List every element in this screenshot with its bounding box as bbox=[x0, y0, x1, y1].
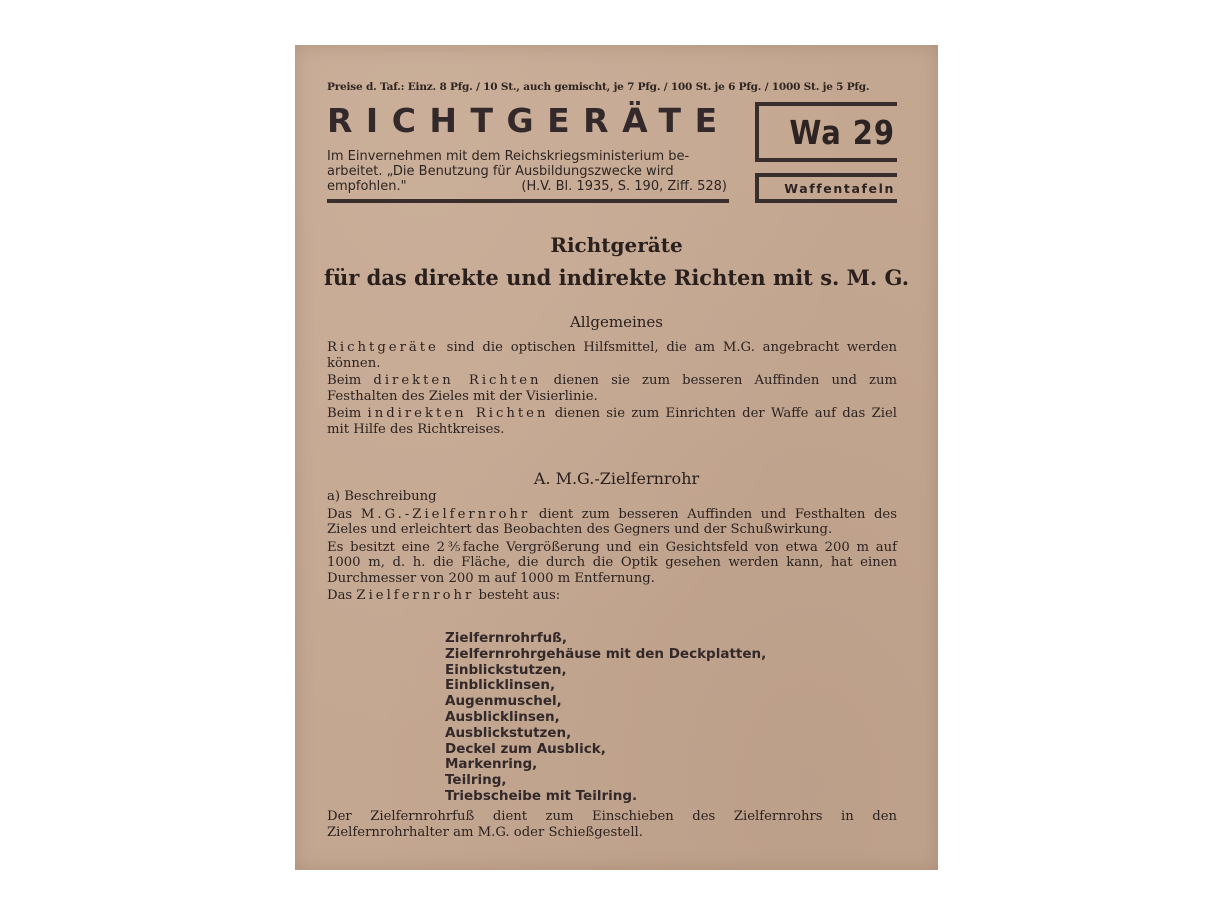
main-title-line-1: Richtgeräte bbox=[295, 233, 938, 257]
document-title: RICHTGERÄTE bbox=[327, 101, 731, 140]
paragraph: Beim indirekten Richten dienen sie zum E… bbox=[327, 406, 897, 437]
paragraph: Es besitzt eine 2⅗fache Vergrößerung und… bbox=[327, 540, 897, 587]
paragraph-text: Beim bbox=[327, 406, 368, 421]
list-item: Einblicklinsen, bbox=[445, 678, 766, 694]
section-heading-a: A. M.G.-Zielfernrohr bbox=[295, 469, 938, 488]
section-heading-allgemeines: Allgemeines bbox=[295, 313, 938, 331]
list-item: Triebscheibe mit Teilring. bbox=[445, 789, 766, 805]
approval-line-2: arbeitet. „Die Benutzung für Ausbildungs… bbox=[327, 164, 727, 179]
list-item: Ausblicklinsen, bbox=[445, 710, 766, 726]
list-item: Ausblickstutzen, bbox=[445, 726, 766, 742]
subheading: a) Beschreibung bbox=[327, 489, 897, 505]
approval-line-3: empfohlen." (H.V. Bl. 1935, S. 190, Ziff… bbox=[327, 179, 727, 194]
header-rule bbox=[327, 199, 729, 203]
paragraph: Richtgeräte sind die optischen Hilfsmitt… bbox=[327, 340, 897, 371]
sheet-code: Wa 29 bbox=[789, 113, 895, 152]
section-a-body: a) Beschreibung Das M.G.-Zielfernrohr di… bbox=[327, 489, 897, 606]
approval-line-3-left: empfohlen." bbox=[327, 179, 407, 194]
price-line: Preise d. Taf.: Einz. 8 Pfg. / 10 St., a… bbox=[327, 81, 907, 93]
document-page: Preise d. Taf.: Einz. 8 Pfg. / 10 St., a… bbox=[295, 45, 938, 870]
paragraph: Der Zielfernrohrfuß dient zum Einschiebe… bbox=[327, 809, 897, 840]
emphasis-text: Zielfernrohr bbox=[356, 588, 474, 603]
paragraph: Das M.G.-Zielfernrohr dient zum besseren… bbox=[327, 507, 897, 538]
list-item: Deckel zum Ausblick, bbox=[445, 742, 766, 758]
sheet-code-box: Wa 29 bbox=[755, 102, 897, 162]
paragraph: Das Zielfernrohr besteht aus: bbox=[327, 588, 897, 604]
parts-list: Zielfernrohrfuß, Zielfernrohrgehäuse mit… bbox=[445, 631, 766, 805]
list-item: Einblickstutzen, bbox=[445, 663, 766, 679]
allgemeines-body: Richtgeräte sind die optischen Hilfsmitt… bbox=[327, 340, 897, 439]
emphasis-text: Richtgeräte bbox=[327, 340, 439, 355]
emphasis-text: M.G.-Zielfernrohr bbox=[361, 507, 530, 522]
paragraph-text: Beim bbox=[327, 373, 373, 388]
emphasis-text: indirekten Richten bbox=[368, 406, 549, 421]
list-item: Augenmuschel, bbox=[445, 694, 766, 710]
approval-note: Im Einvernehmen mit dem Reichskriegsmini… bbox=[327, 149, 727, 194]
emphasis-text: direkten Richten bbox=[373, 373, 541, 388]
list-item: Zielfernrohrfuß, bbox=[445, 631, 766, 647]
series-box: Waffentafeln bbox=[755, 173, 897, 203]
paragraph-text: besteht aus: bbox=[474, 588, 560, 603]
paragraph-text: Das bbox=[327, 507, 361, 522]
paragraph-text: Das bbox=[327, 588, 356, 603]
series-label: Waffentafeln bbox=[784, 181, 895, 196]
list-item: Zielfernrohrgehäuse mit den Deckplatten, bbox=[445, 647, 766, 663]
approval-line-1: Im Einvernehmen mit dem Reichskriegsmini… bbox=[327, 149, 727, 164]
approval-reference: (H.V. Bl. 1935, S. 190, Ziff. 528) bbox=[521, 179, 727, 194]
closing-paragraph: Der Zielfernrohrfuß dient zum Einschiebe… bbox=[327, 809, 897, 842]
list-item: Markenring, bbox=[445, 757, 766, 773]
paragraph: Beim direkten Richten dienen sie zum bes… bbox=[327, 373, 897, 404]
list-item: Teilring, bbox=[445, 773, 766, 789]
main-title-line-2: für das direkte und indirekte Richten mi… bbox=[295, 265, 938, 290]
